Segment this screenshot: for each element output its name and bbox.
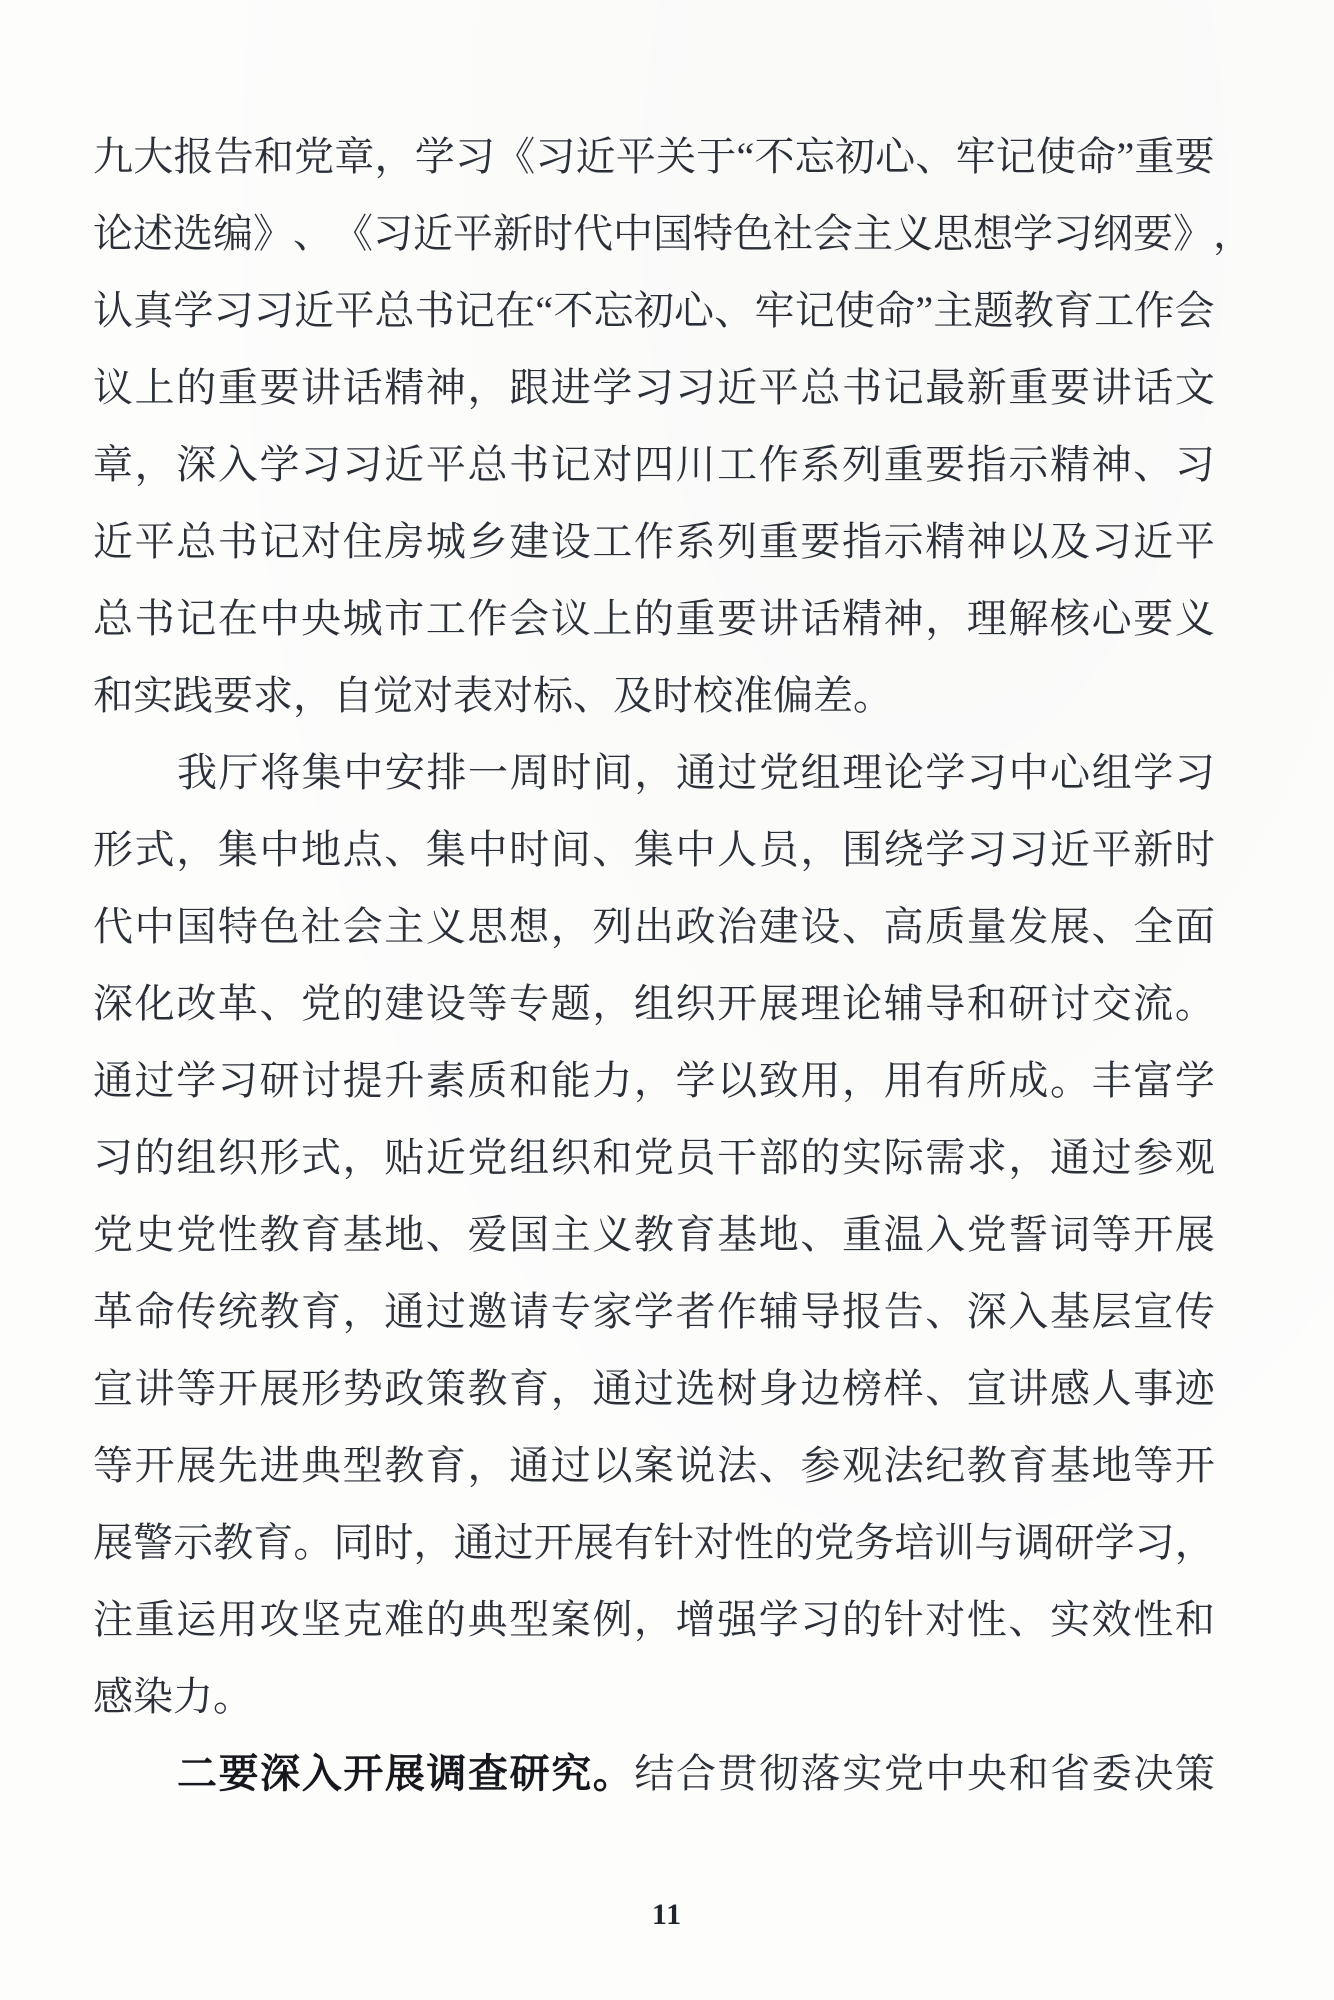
text-line: 二要深入开展调查研究。结合贯彻落实党中央和省委决策 bbox=[93, 1735, 1215, 1812]
text-line: 近平总书记对住房城乡建设工作系列重要指示精神以及习近平 bbox=[93, 503, 1215, 580]
text-line: 注重运用攻坚克难的典型案例，增强学习的针对性、实效性和 bbox=[93, 1581, 1215, 1658]
document-body: 九大报告和党章，学习《习近平关于“不忘初心、牢记使命”重要论述选编》、《习近平新… bbox=[93, 118, 1215, 1812]
text-line: 认真学习习近平总书记在“不忘初心、牢记使命”主题教育工作会 bbox=[93, 272, 1215, 349]
text-line: 革命传统教育，通过邀请专家学者作辅导报告、深入基层宣传 bbox=[93, 1273, 1215, 1350]
text-line: 习的组织形式，贴近党组织和党员干部的实际需求，通过参观 bbox=[93, 1119, 1215, 1196]
text-line: 感染力。 bbox=[93, 1658, 1215, 1735]
text-line: 等开展先进典型教育，通过以案说法、参观法纪教育基地等开 bbox=[93, 1427, 1215, 1504]
text-line: 代中国特色社会主义思想，列出政治建设、高质量发展、全面 bbox=[93, 888, 1215, 965]
text-line: 章，深入学习习近平总书记对四川工作系列重要指示精神、习 bbox=[93, 426, 1215, 503]
text-line: 论述选编》、《习近平新时代中国特色社会主义思想学习纲要》， bbox=[93, 195, 1215, 272]
text-line: 九大报告和党章，学习《习近平关于“不忘初心、牢记使命”重要 bbox=[93, 118, 1215, 195]
text-line: 深化改革、党的建设等专题，组织开展理论辅导和研讨交流。 bbox=[93, 965, 1215, 1042]
text-line: 宣讲等开展形势政策教育，通过选树身边榜样、宣讲感人事迹 bbox=[93, 1350, 1215, 1427]
text-line: 形式，集中地点、集中时间、集中人员，围绕学习习近平新时 bbox=[93, 811, 1215, 888]
scanned-document-page: 九大报告和党章，学习《习近平关于“不忘初心、牢记使命”重要论述选编》、《习近平新… bbox=[0, 0, 1334, 2000]
text-line: 议上的重要讲话精神，跟进学习习近平总书记最新重要讲话文 bbox=[93, 349, 1215, 426]
text-line: 总书记在中央城市工作会议上的重要讲话精神，理解核心要义 bbox=[93, 580, 1215, 657]
text-line: 我厅将集中安排一周时间，通过党组理论学习中心组学习 bbox=[93, 734, 1215, 811]
text-line: 和实践要求，自觉对表对标、及时校准偏差。 bbox=[93, 657, 1215, 734]
text-line: 通过学习研讨提升素质和能力，学以致用，用有所成。丰富学 bbox=[93, 1042, 1215, 1119]
page-number: 11 bbox=[0, 1898, 1334, 1932]
text-line: 展警示教育。同时，通过开展有针对性的党务培训与调研学习， bbox=[93, 1504, 1215, 1581]
text-line: 党史党性教育基地、爱国主义教育基地、重温入党誓词等开展 bbox=[93, 1196, 1215, 1273]
